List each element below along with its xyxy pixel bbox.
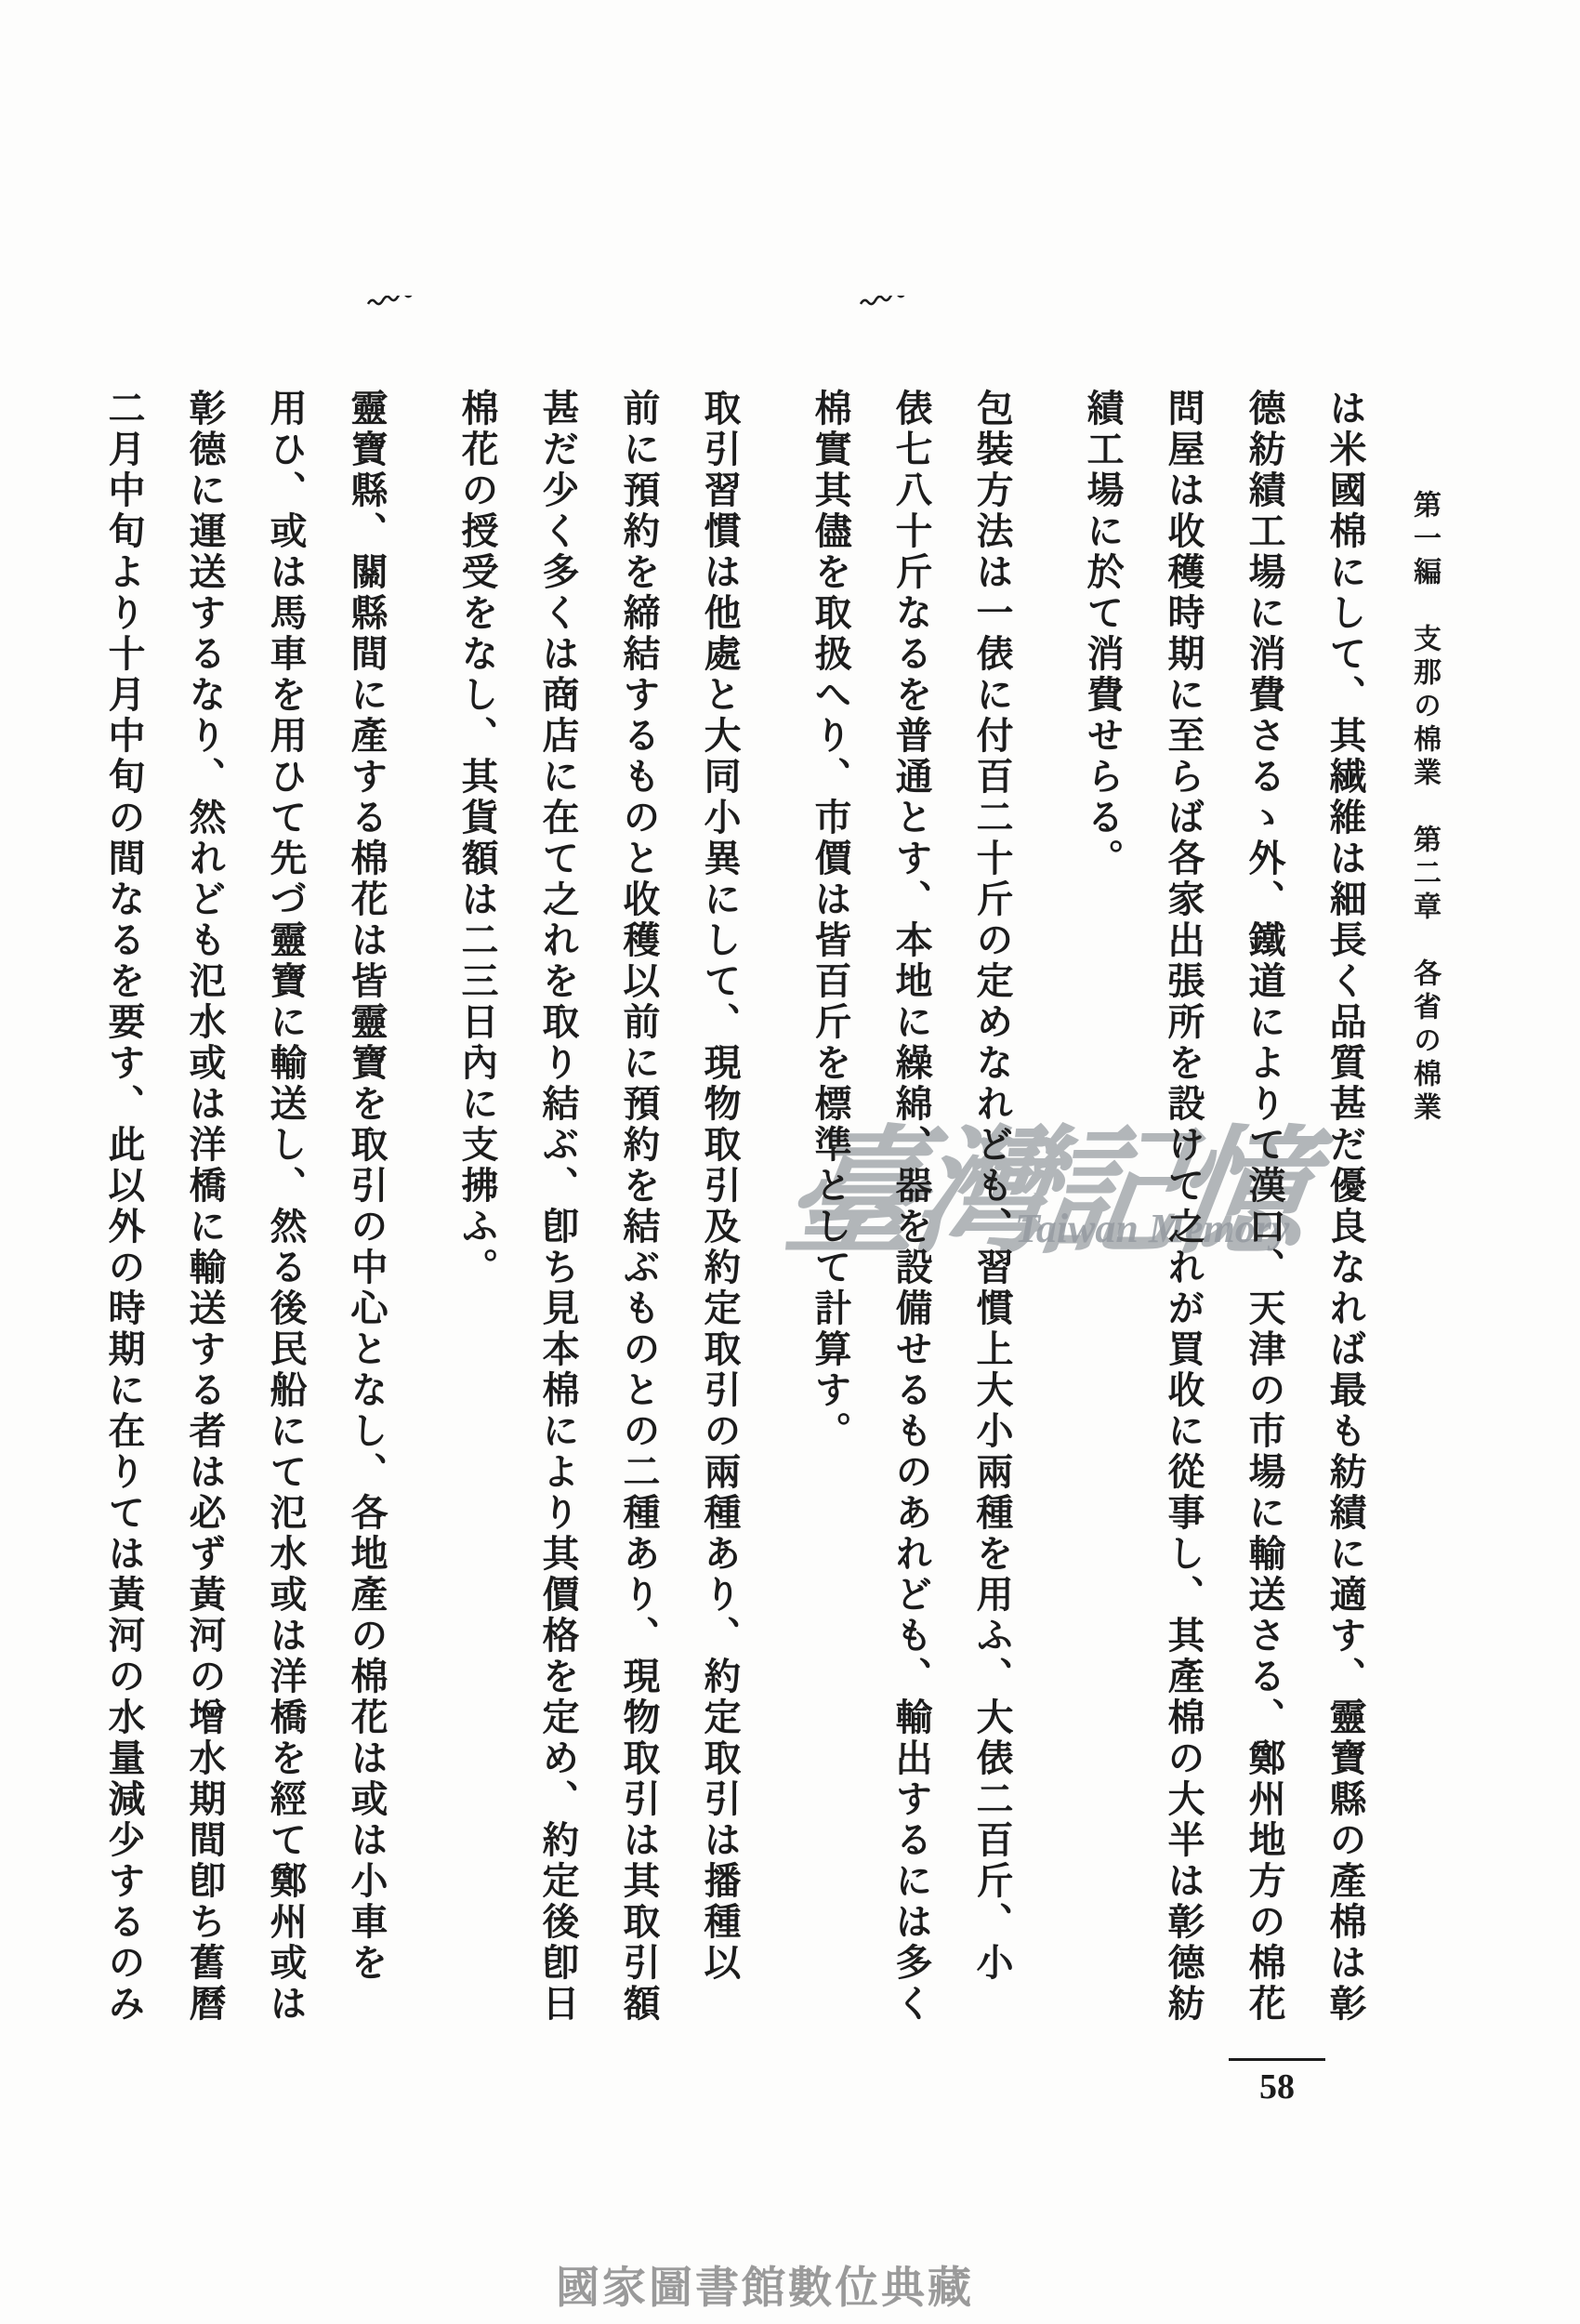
- text-column: は米國棉にして、其繊維は細長く品質甚だ優良なれば最も紡績に適す、靈寶縣の產棉は彰: [1305, 389, 1386, 2030]
- scanned-book-page: 第一編 支那の棉業 第二章 各省の棉業 臺灣記憶 Taiwan Memory は…: [0, 0, 1580, 2324]
- text-column: 二月中旬より十月中旬の間なるを要す、此以外の時期に在りては黃河の水量減少するのみ: [84, 389, 165, 2030]
- running-head: 第一編 支那の棉業 第二章 各省の棉業: [1398, 490, 1450, 1196]
- text-column: 包裝方法は一俵に付百二十斤の定めなれども、習慣上大小兩種を用ふ、大俵二百斤、小: [952, 389, 1062, 2030]
- text-column: 彰德に運送するなり、然れども氾水或は洋橋に輸送する者は必ず黃河の增水期間卽ち舊曆: [165, 389, 245, 2030]
- text-column: 甚だ少く多くは商店に在て之れを取り結ぶ、卽ち見本棉により其價格を定め、約定後卽日: [518, 389, 599, 2030]
- decorative-wavy-rule-left: [367, 296, 836, 310]
- page-number: 58: [1229, 2058, 1325, 2107]
- text-column: 用ひ、或は馬車を用ひて先づ靈寶に輸送し、然る後民船にて氾水或は洋橋を經て鄭州或は: [245, 389, 326, 2030]
- text-column: 靈寶縣、關縣間に產する棉花は皆靈寶を取引の中心となし、各地產の棉花は或は小車を: [326, 389, 437, 2030]
- body-text-block: は米國棉にして、其繊維は細長く品質甚だ優良なれば最も紡績に適す、靈寶縣の產棉は彰…: [173, 389, 1386, 2030]
- text-column: 棉花の授受をなし、其貨額は二三日內に支拂ふ。: [437, 389, 518, 2030]
- decorative-wavy-rule-right: [860, 296, 1164, 310]
- text-column: 德紡績工場に消費さるゝ外、鐵道によりて漢口、天津の市場に輸送さる、鄭州地方の棉花: [1224, 389, 1305, 2030]
- text-column: 前に預約を締結するものと收穫以前に預約を結ぶものとの二種あり、現物取引は其取引額: [599, 389, 679, 2030]
- text-column: 取引習慣は他處と大同小異にして、現物取引及約定取引の兩種あり、約定取引は播種以: [679, 389, 790, 2030]
- text-column: 俵七八十斤なるを普通とす、本地に繰綿、器を設備せるものあれども、輸出するには多く: [871, 389, 952, 2030]
- text-column: 績工場に於て消費せらる。: [1062, 389, 1143, 2030]
- text-column: 棉實其儘を取扱へり、市價は皆百斤を標準として計算す。: [790, 389, 871, 2030]
- digitization-caption: 國家圖書館數位典藏: [0, 2253, 1530, 2316]
- text-column: 問屋は收穫時期に至らば各家出張所を設けて之れが買收に從事し、其產棉の大半は彰德紡: [1143, 389, 1224, 2030]
